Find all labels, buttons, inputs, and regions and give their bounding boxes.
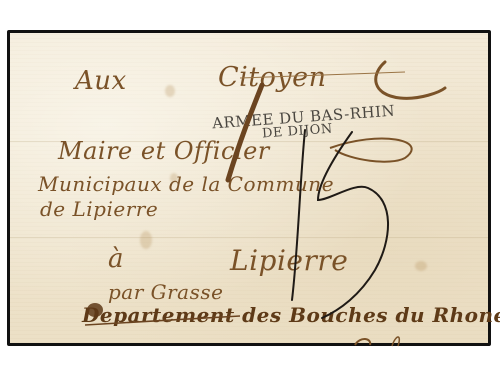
ink-stain [165, 85, 175, 97]
paper-fold-line [10, 237, 488, 238]
scan-stage: Aux Citoyen Maire et Officier Municipaux… [0, 0, 500, 375]
address-line-municipaux: Municipaux de la Commune [38, 172, 334, 196]
address-destination: Lipierre [230, 244, 348, 277]
address-line-commune: de Lipierre [40, 197, 158, 221]
ink-stain [140, 231, 152, 249]
address-department: Departement des Bouches du Rhone [82, 303, 500, 327]
address-salutation: Aux [75, 66, 127, 96]
address-line-maire: Maire et Officier [58, 137, 270, 165]
ink-stain [415, 261, 427, 271]
address-prefix: à [108, 244, 124, 274]
address-route: par Grasse [108, 280, 223, 304]
address-citoyen: Citoyen [218, 62, 327, 93]
